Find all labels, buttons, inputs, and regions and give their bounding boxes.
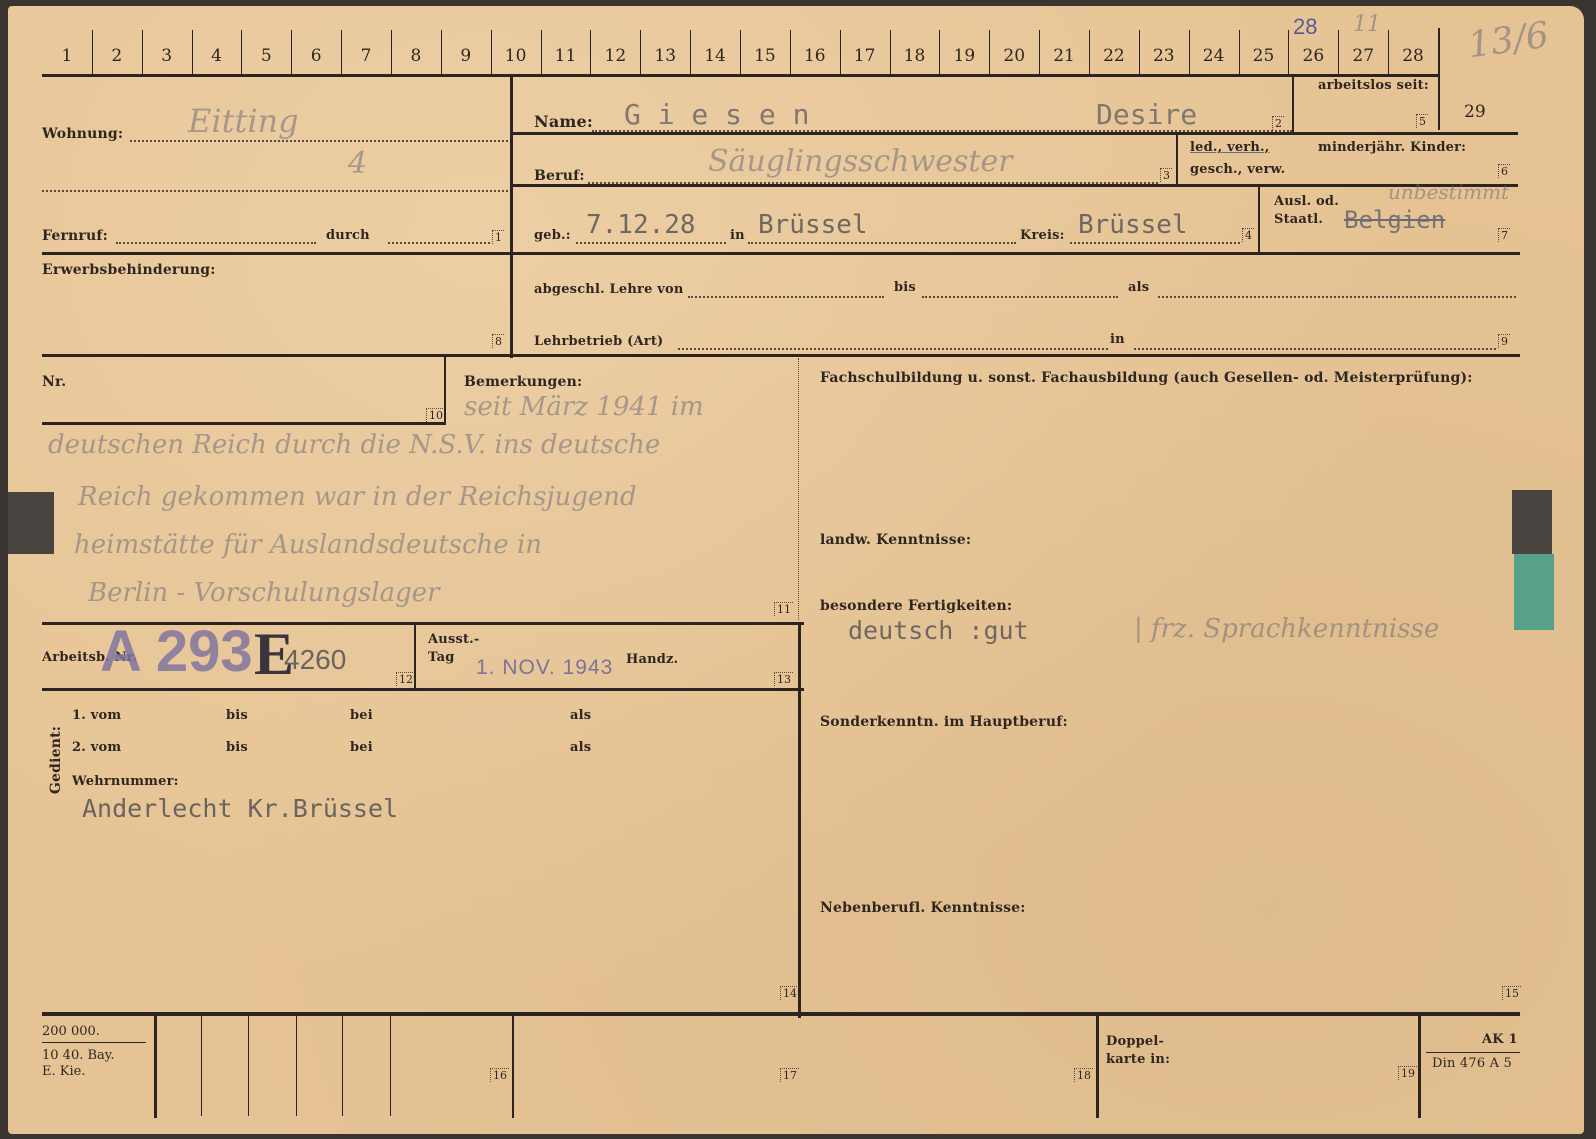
ruler-tick [192,30,193,74]
field-number-1: 1 [492,230,504,244]
ruler-tick [1239,30,1240,74]
divider [798,358,799,620]
field-number-16: 16 [490,1068,509,1082]
divider [1418,1014,1421,1118]
citizenship-handwritten: unbestimmt [1388,180,1509,204]
children-label: minderjähr. Kinder: [1318,140,1466,155]
ruler-number-24: 24 [1189,46,1239,66]
geb-input[interactable] [576,242,726,244]
ruler-number-9: 9 [441,46,491,66]
ruler-tick [341,30,342,74]
issue-date-stamp: 1. NOV. 1943 [476,656,613,680]
ruler-tick [1189,30,1190,74]
divider [296,1016,297,1116]
divider [390,1016,391,1116]
birthplace-input[interactable] [748,242,1016,244]
field-number-19: 19 [1398,1066,1417,1080]
ruler-number-1: 1 [42,46,92,66]
field-number-17: 17 [780,1068,799,1082]
field-number-18: 18 [1074,1068,1093,1082]
field-number-5: 5 [1416,114,1428,128]
lehre-von-input[interactable] [688,296,884,298]
field-number-10: 10 [426,408,445,422]
divider [798,622,801,1018]
marital-options-line1[interactable]: led., verh., [1190,140,1269,155]
ruler-number-16: 16 [790,46,840,66]
in-label: in [730,228,745,243]
ruler-number-22: 22 [1089,46,1139,66]
service-1-vom: 1. vom [72,708,121,723]
divider [154,1014,157,1118]
wohnung-input[interactable] [130,140,508,142]
kreis-label: Kreis: [1020,228,1065,243]
divider [1258,184,1260,252]
divider [1292,76,1294,132]
ruler-tick [92,30,93,74]
ruler-number-7: 7 [341,46,391,66]
divider [512,184,1518,187]
ausst-label-line1: Ausst.- [428,632,480,647]
service-2-bei: bei [350,740,373,755]
workbook-stamp: A 293 [100,618,253,685]
divider [510,76,513,358]
citizenship-struck-value: Belgien [1344,206,1445,234]
divider [1426,1052,1520,1053]
remarks-line-1: seit März 1941 im [464,392,704,422]
field-number-6: 6 [1498,164,1510,178]
ruler-number-15: 15 [740,46,790,66]
field-number-13: 13 [774,672,793,686]
divider [42,688,804,691]
ausst-label-line2: Tag [428,650,455,665]
lehrbetrieb-in-label: in [1110,332,1125,347]
ruler-tick [1089,30,1090,74]
wohnung-value-line2: 4 [348,146,367,181]
service-1-bei: bei [350,708,373,723]
ruler-tick [1388,30,1389,74]
ruler-number-25: 25 [1239,46,1289,66]
corner-handwritten-number: 13/6 [1466,15,1552,67]
sonderkenntn-label: Sonderkenntn. im Hauptberuf: [820,714,1068,730]
ruler-number-4: 4 [192,46,242,66]
erwerbsbehinderung-label: Erwerbsbehinderung: [42,262,216,278]
ruler-baseline [42,74,1440,77]
divider [42,252,1520,255]
lehre-label: abgeschl. Lehre von [534,282,684,297]
ruler-tick [939,30,940,74]
ruler-tick [1039,30,1040,74]
field-number-3: 3 [1160,168,1172,182]
nebenberufl-label: Nebenberufl. Kenntnisse: [820,900,1026,916]
ruler-number-18: 18 [890,46,940,66]
ruler-tick [1139,30,1140,74]
fachschul-label: Fachschulbildung u. sonst. Fachausbildun… [820,370,1473,386]
doppelkarte-label-line1: Doppel- [1106,1034,1164,1049]
ruler-number-20: 20 [989,46,1039,66]
field-number-7: 7 [1498,228,1510,242]
citizenship-label-line2: Staatl. [1274,212,1323,227]
printer: E. Kie. [42,1064,85,1079]
citizenship-label-line1: Ausl. od. [1274,194,1339,209]
service-1-als: als [570,708,591,723]
gedient-label: Gedient: [48,726,64,794]
divider [1096,1014,1099,1118]
ruler-number-5: 5 [241,46,291,66]
wohnung-label: Wohnung: [42,126,123,142]
ruler-tick [1338,30,1339,74]
service-1-bis: bis [226,708,248,723]
ruler-number-14: 14 [690,46,740,66]
field-number-12: 12 [396,672,415,686]
ruler-tick [989,30,990,74]
index-tab-right [1512,490,1552,554]
ruler-tick [441,30,442,74]
doppelkarte-label-line2: karte in: [1106,1052,1170,1067]
divider [42,1042,146,1043]
wohnung-value: Eitting [188,102,299,140]
divider [342,1016,343,1116]
wehrnummer-label: Wehrnummer: [72,774,179,789]
ruler-number-23: 23 [1139,46,1189,66]
ruler-number-3: 3 [142,46,192,66]
divider [201,1016,202,1116]
divider [42,354,1520,357]
remarks-line-4: heimstätte für Auslandsdeutsche in [74,530,542,560]
ruler-tick [790,30,791,74]
ruler-tick [590,30,591,74]
beruf-label: Beruf: [534,168,585,184]
handwritten-26: 28 [1293,14,1317,40]
lehre-bis-label: bis [894,280,916,295]
ruler-tick [241,30,242,74]
divider [42,1012,1520,1016]
landw-label: landw. Kenntnisse: [820,532,971,548]
kreis-input[interactable] [1070,242,1240,244]
bemerkungen-label: Bemerkungen: [464,374,582,390]
field-29: 29 [1464,102,1486,122]
ruler-number-28: 28 [1388,46,1438,66]
firstname-value: Desire [1096,98,1197,131]
lehrbetrieb-label: Lehrbetrieb (Art) [534,334,663,349]
remarks-line-5: Berlin - Vorschulungslager [88,578,440,608]
lehre-als-label: als [1128,280,1149,295]
field-number-15: 15 [1502,986,1521,1000]
field-number-14: 14 [780,986,799,1000]
print-info: 10 40. Bay. [42,1048,115,1063]
din-code: Din 476 A 5 [1432,1056,1512,1071]
ruler-tick [890,30,891,74]
ruler-tick [541,30,542,74]
wehrnummer-value: Anderlecht Kr.Brüssel [82,794,398,823]
fernruf-label: Fernruf: [42,228,108,244]
field-number-9: 9 [1498,334,1510,348]
besondere-handwritten: | frz. Sprachkenntnisse [1134,614,1439,644]
lehrbetrieb-input[interactable] [678,348,1108,350]
ruler-number-27: 27 [1338,46,1388,66]
ruler-number-26: 26 [1288,46,1338,66]
workbook-number: 4260 [284,644,346,676]
beruf-value: Säuglingsschwester [708,144,1013,179]
ruler-number-21: 21 [1039,46,1089,66]
registration-card: 1234567891011121314151617181920212223242… [8,6,1584,1134]
birth-date: 7.12.28 [586,210,696,240]
handz-label: Handz. [626,652,678,667]
ruler-number-11: 11 [541,46,591,66]
besondere-label: besondere Fertigkeiten: [820,598,1012,614]
field-number-2: 2 [1272,116,1284,130]
kreis-value: Brüssel [1078,210,1188,240]
field-number-8: 8 [492,334,504,348]
durch-label: durch [326,228,370,243]
fernruf-input[interactable] [116,242,316,244]
ruler-tick [690,30,691,74]
lehre-bis-input[interactable] [922,296,1118,298]
ruler-number-13: 13 [640,46,690,66]
divider [1438,28,1440,130]
divider [444,356,446,424]
handwritten-27: 11 [1353,12,1381,37]
ruler-number-19: 19 [939,46,989,66]
service-2-vom: 2. vom [72,740,121,755]
color-mark-green [1514,554,1554,630]
remarks-line-3: Reich gekommen war in der Reichsjugend [78,482,637,512]
index-tab-left [8,492,54,554]
divider [42,422,446,425]
divider [248,1016,249,1116]
birthplace: Brüssel [758,210,868,240]
wohnung-input-line2[interactable] [42,190,508,192]
ruler-number-17: 17 [840,46,890,66]
durch-input[interactable] [388,242,490,244]
ruler-number-12: 12 [590,46,640,66]
form-code: AK 1 [1482,1032,1518,1047]
ruler-tick [840,30,841,74]
divider [512,1014,514,1118]
name-label: Name: [534,112,593,131]
besondere-value: deutsch :gut [848,616,1029,645]
ruler-tick [391,30,392,74]
divider [1176,132,1178,184]
field-number-4: 4 [1242,228,1254,242]
ruler-number-6: 6 [291,46,341,66]
divider [512,132,1518,135]
nr-label: Nr. [42,374,66,390]
service-2-bis: bis [226,740,248,755]
service-2-als: als [570,740,591,755]
ruler-number-8: 8 [391,46,441,66]
ruler-tick [491,30,492,74]
print-run: 200 000. [42,1024,100,1039]
geb-label: geb.: [534,228,571,243]
surname-value: G i e s e n [624,98,809,131]
ruler-tick [640,30,641,74]
ruler-number-10: 10 [491,46,541,66]
ruler-tick [142,30,143,74]
arbeitslos-label: arbeitslos seit: [1318,78,1429,93]
field-number-11: 11 [774,602,793,616]
ruler-tick [740,30,741,74]
lehre-als-input[interactable] [1158,296,1516,298]
divider [414,624,416,690]
marital-options-line2[interactable]: gesch., verw. [1190,162,1285,177]
lehrbetrieb-in-input[interactable] [1134,348,1496,350]
ruler-tick [291,30,292,74]
ruler-tick [1288,30,1289,74]
remarks-line-2: deutschen Reich durch die N.S.V. ins deu… [48,430,660,460]
ruler-number-2: 2 [92,46,142,66]
